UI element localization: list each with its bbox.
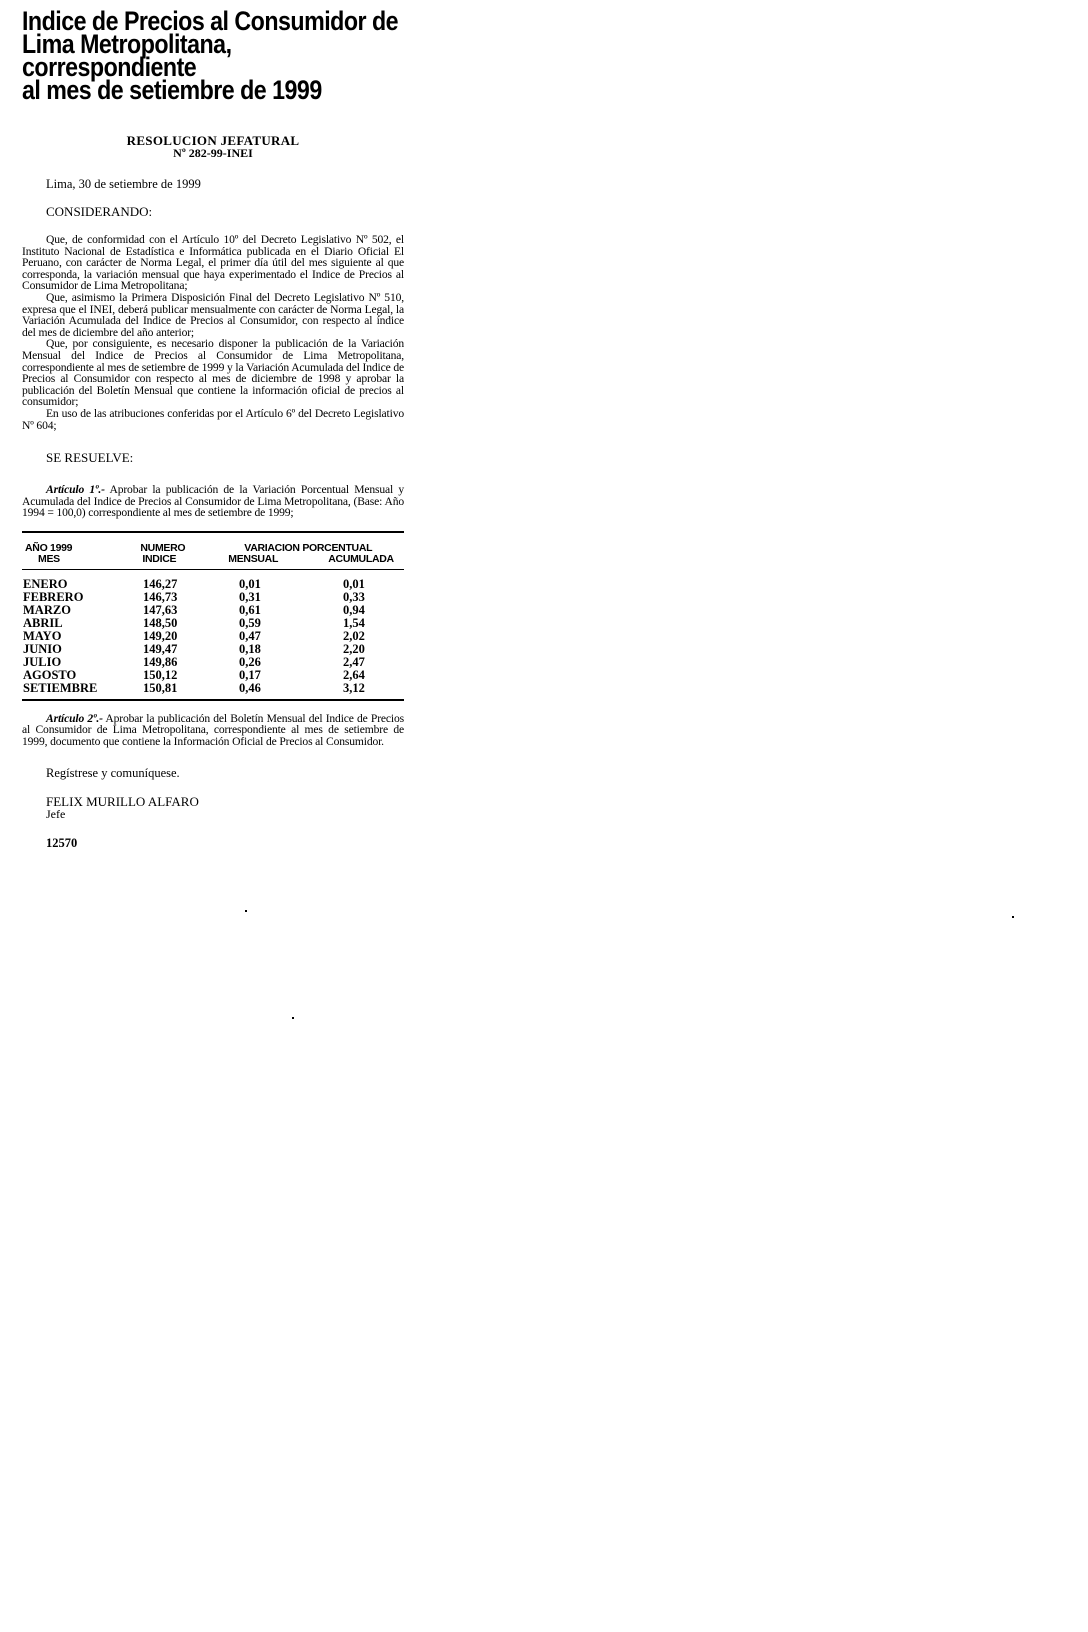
considerando-paragraph: Que, asimismo la Primera Disposición Fin… — [22, 292, 404, 338]
table-row: SETIEMBRE 150,81 0,46 3,12 — [22, 682, 404, 695]
headline-line: al mes de setiembre de 1999 — [22, 79, 404, 102]
table-header: AÑO 1999 MES NUMERO INDICE VARIACION POR… — [22, 543, 404, 565]
cell-indice: 149,86 — [143, 656, 239, 669]
cell-acumulada: 2,47 — [341, 656, 403, 669]
cell-acumulada: 0,01 — [341, 578, 403, 591]
publication-code: 12570 — [22, 836, 404, 851]
header-acumulada: ACUMULADA — [313, 554, 394, 565]
cell-mensual: 0,01 — [239, 578, 341, 591]
cell-acumulada: 2,64 — [341, 669, 403, 682]
scan-speck — [1012, 916, 1014, 918]
table-top-rule — [22, 531, 404, 533]
signatory-title: Jefe — [22, 808, 404, 820]
cell-mensual: 0,47 — [239, 630, 341, 643]
header-month: MES — [25, 554, 132, 565]
cell-indice: 147,63 — [143, 604, 239, 617]
considerando-heading: CONSIDERANDO: — [22, 204, 404, 220]
cell-indice: 150,81 — [143, 682, 239, 695]
scan-speck — [245, 910, 247, 912]
table-body: ENERO 146,27 0,01 0,01 FEBRERO 146,73 0,… — [22, 578, 404, 695]
table-bottom-rule — [22, 699, 404, 701]
considerando-paragraph: Que, de conformidad con el Artículo 10º … — [22, 234, 404, 292]
table-row: ABRIL 148,50 0,59 1,54 — [22, 617, 404, 630]
cell-mes: FEBRERO — [22, 591, 143, 604]
header-mensual: MENSUAL — [228, 554, 313, 565]
considerando-paragraph: Que, por consiguiente, es necesario disp… — [22, 338, 404, 408]
cell-mensual: 0,46 — [239, 682, 341, 695]
cell-acumulada: 1,54 — [341, 617, 403, 630]
header-indice-label: INDICE — [140, 554, 228, 565]
articulo-1: Artículo 1º.- Aprobar la publicación de … — [22, 484, 404, 519]
cell-acumulada: 2,20 — [341, 643, 403, 656]
table-row: JULIO 149,86 0,26 2,47 — [22, 656, 404, 669]
table-row: AGOSTO 150,12 0,17 2,64 — [22, 669, 404, 682]
document-page: Indice de Precios al Consumidor de Lima … — [22, 10, 404, 851]
considerandos-block: Que, de conformidad con el Artículo 10º … — [22, 234, 404, 431]
articulo-2: Artículo 2º.- Aprobar la publicación del… — [22, 713, 404, 748]
cell-mes: JUNIO — [22, 643, 143, 656]
cell-mes: ABRIL — [22, 617, 143, 630]
cell-mensual: 0,59 — [239, 617, 341, 630]
headline: Indice de Precios al Consumidor de Lima … — [22, 10, 404, 102]
headline-line: Lima Metropolitana, correspondiente — [22, 33, 404, 79]
cell-mensual: 0,61 — [239, 604, 341, 617]
table-row: MAYO 149,20 0,47 2,02 — [22, 630, 404, 643]
cell-mes: JULIO — [22, 656, 143, 669]
cell-mensual: 0,17 — [239, 669, 341, 682]
table-row: MARZO 147,63 0,61 0,94 — [22, 604, 404, 617]
table-row: JUNIO 149,47 0,18 2,20 — [22, 643, 404, 656]
cell-acumulada: 0,33 — [341, 591, 403, 604]
cell-indice: 146,73 — [143, 591, 239, 604]
cell-mes: MAYO — [22, 630, 143, 643]
table-row: FEBRERO 146,73 0,31 0,33 — [22, 591, 404, 604]
cell-indice: 149,47 — [143, 643, 239, 656]
considerando-paragraph: En uso de las atribuciones conferidas po… — [22, 408, 404, 431]
table-header-rule — [22, 569, 404, 570]
cell-mensual: 0,31 — [239, 591, 341, 604]
cell-acumulada: 2,02 — [341, 630, 403, 643]
cell-indice: 149,20 — [143, 630, 239, 643]
cell-indice: 150,12 — [143, 669, 239, 682]
cell-mes: ENERO — [22, 578, 143, 591]
cell-mes: MARZO — [22, 604, 143, 617]
scan-speck — [292, 1017, 294, 1019]
closing-formula: Regístrese y comuníquese. — [22, 766, 404, 781]
cell-mensual: 0,18 — [239, 643, 341, 656]
resuelve-heading: SE RESUELVE: — [22, 450, 404, 466]
resolution-number: Nº 282-99-INEI — [22, 147, 404, 159]
document-date: Lima, 30 de setiembre de 1999 — [22, 177, 404, 192]
cell-acumulada: 0,94 — [341, 604, 403, 617]
cell-acumulada: 3,12 — [341, 682, 403, 695]
signatory-name: FELIX MURILLO ALFARO — [22, 795, 404, 808]
header-indice: NUMERO INDICE — [132, 543, 228, 565]
header-mes: AÑO 1999 MES — [22, 543, 132, 565]
cell-mes: SETIEMBRE — [22, 682, 143, 695]
cell-indice: 148,50 — [143, 617, 239, 630]
header-variacion: VARIACION PORCENTUAL MENSUAL ACUMULADA — [228, 543, 404, 565]
cell-mes: AGOSTO — [22, 669, 143, 682]
cell-indice: 146,27 — [143, 578, 239, 591]
table-row: ENERO 146,27 0,01 0,01 — [22, 578, 404, 591]
cell-mensual: 0,26 — [239, 656, 341, 669]
